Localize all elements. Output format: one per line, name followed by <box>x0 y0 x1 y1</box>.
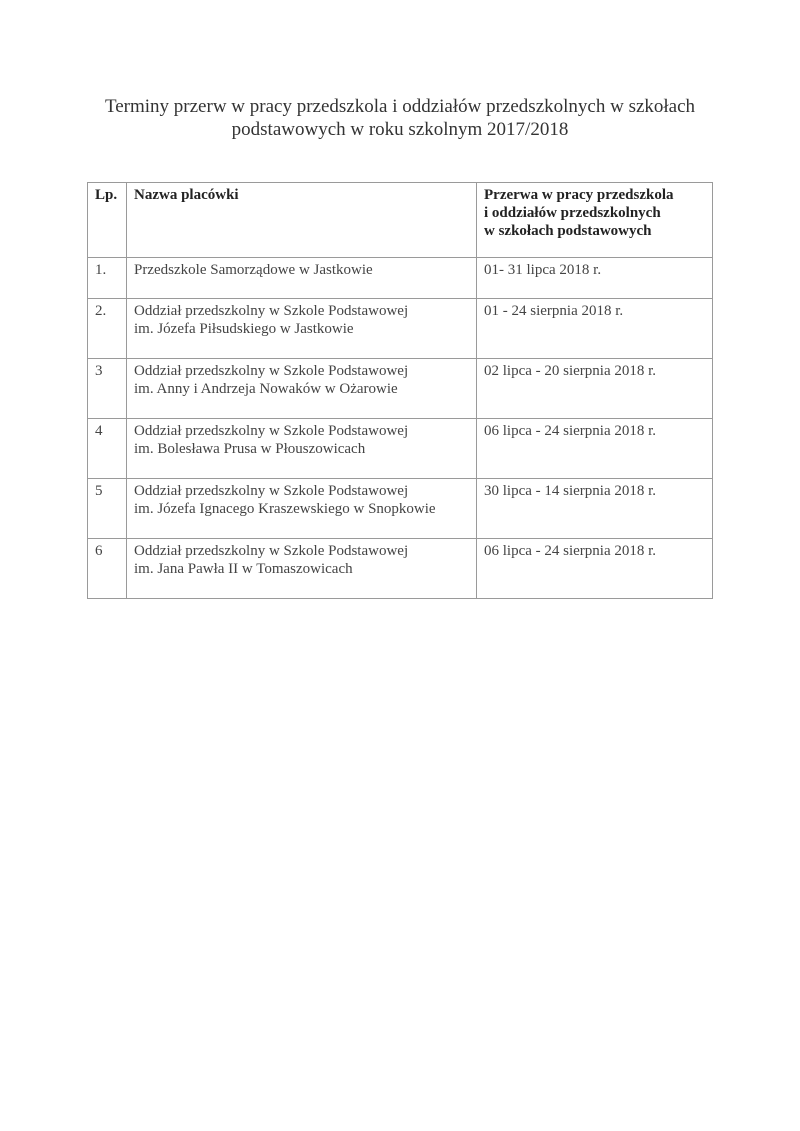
table-row: 4 Oddział przedszkolny w Szkole Podstawo… <box>88 419 713 479</box>
title-line-2: podstawowych w roku szkolnym 2017/2018 <box>60 118 740 141</box>
table-row: 2. Oddział przedszkolny w Szkole Podstaw… <box>88 299 713 359</box>
cell-lp: 4 <box>88 419 127 479</box>
name-line-1: Oddział przedszkolny w Szkole Podstawowe… <box>134 422 469 440</box>
cell-lp: 3 <box>88 359 127 419</box>
cell-period: 02 lipca - 20 sierpnia 2018 r. <box>477 359 713 419</box>
cell-period: 30 lipca - 14 sierpnia 2018 r. <box>477 479 713 539</box>
cell-lp: 6 <box>88 539 127 599</box>
cell-lp: 2. <box>88 299 127 359</box>
name-line-2: im. Józefa Ignacego Kraszewskiego w Snop… <box>134 500 469 518</box>
cell-name: Oddział przedszkolny w Szkole Podstawowe… <box>127 299 477 359</box>
cell-period: 06 lipca - 24 sierpnia 2018 r. <box>477 539 713 599</box>
header-name: Nazwa placówki <box>127 183 477 258</box>
name-line-2: im. Bolesława Prusa w Płouszowicach <box>134 440 469 458</box>
table-row: 5 Oddział przedszkolny w Szkole Podstawo… <box>88 479 713 539</box>
cell-name: Oddział przedszkolny w Szkole Podstawowe… <box>127 479 477 539</box>
name-line-1: Przedszkole Samorządowe w Jastkowie <box>134 261 469 279</box>
header-lp: Lp. <box>88 183 127 258</box>
cell-lp: 5 <box>88 479 127 539</box>
cell-period: 01- 31 lipca 2018 r. <box>477 258 713 299</box>
name-line-1: Oddział przedszkolny w Szkole Podstawowe… <box>134 542 469 560</box>
cell-period: 06 lipca - 24 sierpnia 2018 r. <box>477 419 713 479</box>
header-break-line-2: i oddziałów przedszkolnych <box>484 204 705 222</box>
title-line-1: Terminy przerw w pracy przedszkola i odd… <box>60 95 740 118</box>
name-line-2: im. Anny i Andrzeja Nowaków w Ożarowie <box>134 380 469 398</box>
schedule-table: Lp. Nazwa placówki Przerwa w pracy przed… <box>87 182 713 599</box>
cell-name: Oddział przedszkolny w Szkole Podstawowe… <box>127 539 477 599</box>
cell-lp: 1. <box>88 258 127 299</box>
document-title: Terminy przerw w pracy przedszkola i odd… <box>60 95 740 141</box>
header-break-line-3: w szkołach podstawowych <box>484 222 705 240</box>
name-line-1: Oddział przedszkolny w Szkole Podstawowe… <box>134 482 469 500</box>
table-row: 1. Przedszkole Samorządowe w Jastkowie 0… <box>88 258 713 299</box>
table-header-row: Lp. Nazwa placówki Przerwa w pracy przed… <box>88 183 713 258</box>
cell-period: 01 - 24 sierpnia 2018 r. <box>477 299 713 359</box>
header-break-line-1: Przerwa w pracy przedszkola <box>484 186 705 204</box>
cell-name: Przedszkole Samorządowe w Jastkowie <box>127 258 477 299</box>
cell-name: Oddział przedszkolny w Szkole Podstawowe… <box>127 359 477 419</box>
table-row: 6 Oddział przedszkolny w Szkole Podstawo… <box>88 539 713 599</box>
table-row: 3 Oddział przedszkolny w Szkole Podstawo… <box>88 359 713 419</box>
name-line-2: im. Jana Pawła II w Tomaszowicach <box>134 560 469 578</box>
header-break: Przerwa w pracy przedszkola i oddziałów … <box>477 183 713 258</box>
name-line-1: Oddział przedszkolny w Szkole Podstawowe… <box>134 302 469 320</box>
cell-name: Oddział przedszkolny w Szkole Podstawowe… <box>127 419 477 479</box>
name-line-1: Oddział przedszkolny w Szkole Podstawowe… <box>134 362 469 380</box>
name-line-2: im. Józefa Piłsudskiego w Jastkowie <box>134 320 469 338</box>
